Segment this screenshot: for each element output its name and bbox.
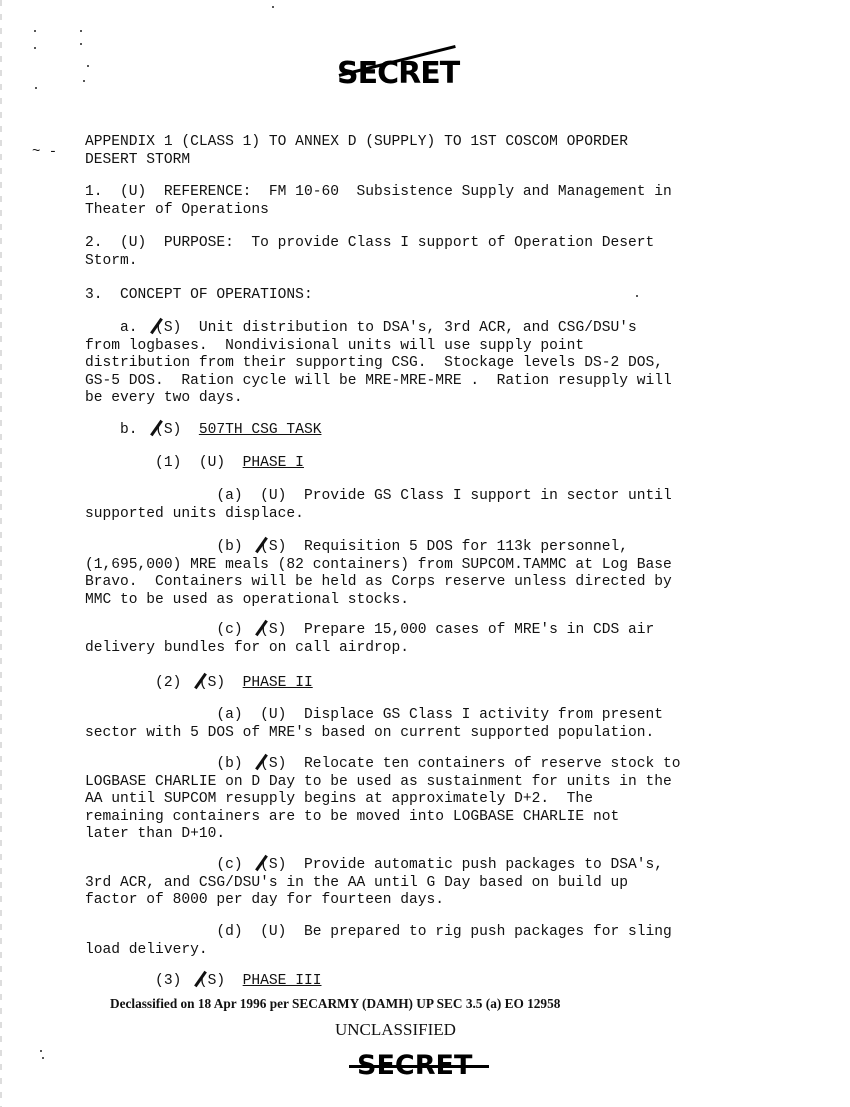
- phase-1-item-a: (a) (U) Provide GS Class I support in se…: [85, 488, 672, 523]
- classification-stamp-bottom: SECRET: [357, 1050, 472, 1081]
- section-purpose: 2. (U) PURPOSE: To provide Class I suppo…: [85, 235, 654, 270]
- phase-2-item-d: (d) (U) Be prepared to rig push packages…: [85, 924, 672, 959]
- phase-1-item-b: (b) (S) Requisition 5 DOS for 113k perso…: [85, 539, 672, 609]
- classification-mark: (S): [155, 422, 181, 440]
- section-concept-heading: 3. CONCEPT OF OPERATIONS:: [85, 287, 313, 305]
- document-page: SECRET ~ - APPENDIX 1 (CLASS 1) TO ANNEX…: [0, 0, 850, 1107]
- phase-1-item-c: (c) (S) Prepare 15,000 cases of MRE's in…: [85, 622, 654, 657]
- strikethrough-line: [349, 1065, 489, 1068]
- classification-mark: (S): [199, 675, 225, 693]
- scan-speck: [35, 87, 37, 89]
- paragraph-3b-heading: b. (S) 507TH CSG TASK: [85, 422, 321, 440]
- phase-2-item-c: (c) (S) Provide automatic push packages …: [85, 857, 663, 910]
- margin-mark: ~ -: [32, 144, 57, 160]
- section-reference: 1. (U) REFERENCE: FM 10-60 Subsistence S…: [85, 184, 672, 219]
- scan-edge: [0, 0, 2, 1107]
- scan-speck: [34, 30, 36, 32]
- classification-mark: (S): [260, 622, 286, 640]
- phase-2-item-b: (b) (S) Relocate ten containers of reser…: [85, 756, 681, 844]
- scan-speck: [636, 295, 638, 297]
- scan-speck: [80, 30, 82, 32]
- document-title: APPENDIX 1 (CLASS 1) TO ANNEX D (SUPPLY)…: [85, 134, 628, 169]
- scan-speck: [80, 43, 82, 45]
- classification-mark: (S): [260, 857, 286, 875]
- classification-mark: (S): [155, 320, 181, 338]
- classification-mark: (S): [260, 539, 286, 557]
- phase-1-heading: (1) (U) PHASE I: [85, 455, 304, 473]
- scan-speck: [34, 47, 36, 49]
- phase-2-heading: (2) (S) PHASE II: [85, 675, 313, 693]
- phase-3-heading: (3) (S) PHASE III: [85, 973, 321, 991]
- scan-speck: [272, 6, 274, 8]
- classification-mark: (S): [199, 973, 225, 991]
- phase-2-item-a: (a) (U) Displace GS Class I activity fro…: [85, 707, 663, 742]
- classification-mark: (S): [260, 756, 286, 774]
- scan-speck: [40, 1050, 42, 1052]
- scan-speck: [87, 65, 89, 67]
- declassification-notice: Declassified on 18 Apr 1996 per SECARMY …: [110, 996, 560, 1012]
- unclassified-stamp: UNCLASSIFIED: [335, 1020, 456, 1040]
- scan-speck: [42, 1057, 44, 1059]
- paragraph-3a: a. (S) Unit distribution to DSA's, 3rd A…: [85, 320, 672, 408]
- task-title: 507TH CSG TASK: [199, 422, 322, 438]
- classification-stamp-top: SECRET: [337, 56, 459, 91]
- scan-speck: [83, 80, 85, 82]
